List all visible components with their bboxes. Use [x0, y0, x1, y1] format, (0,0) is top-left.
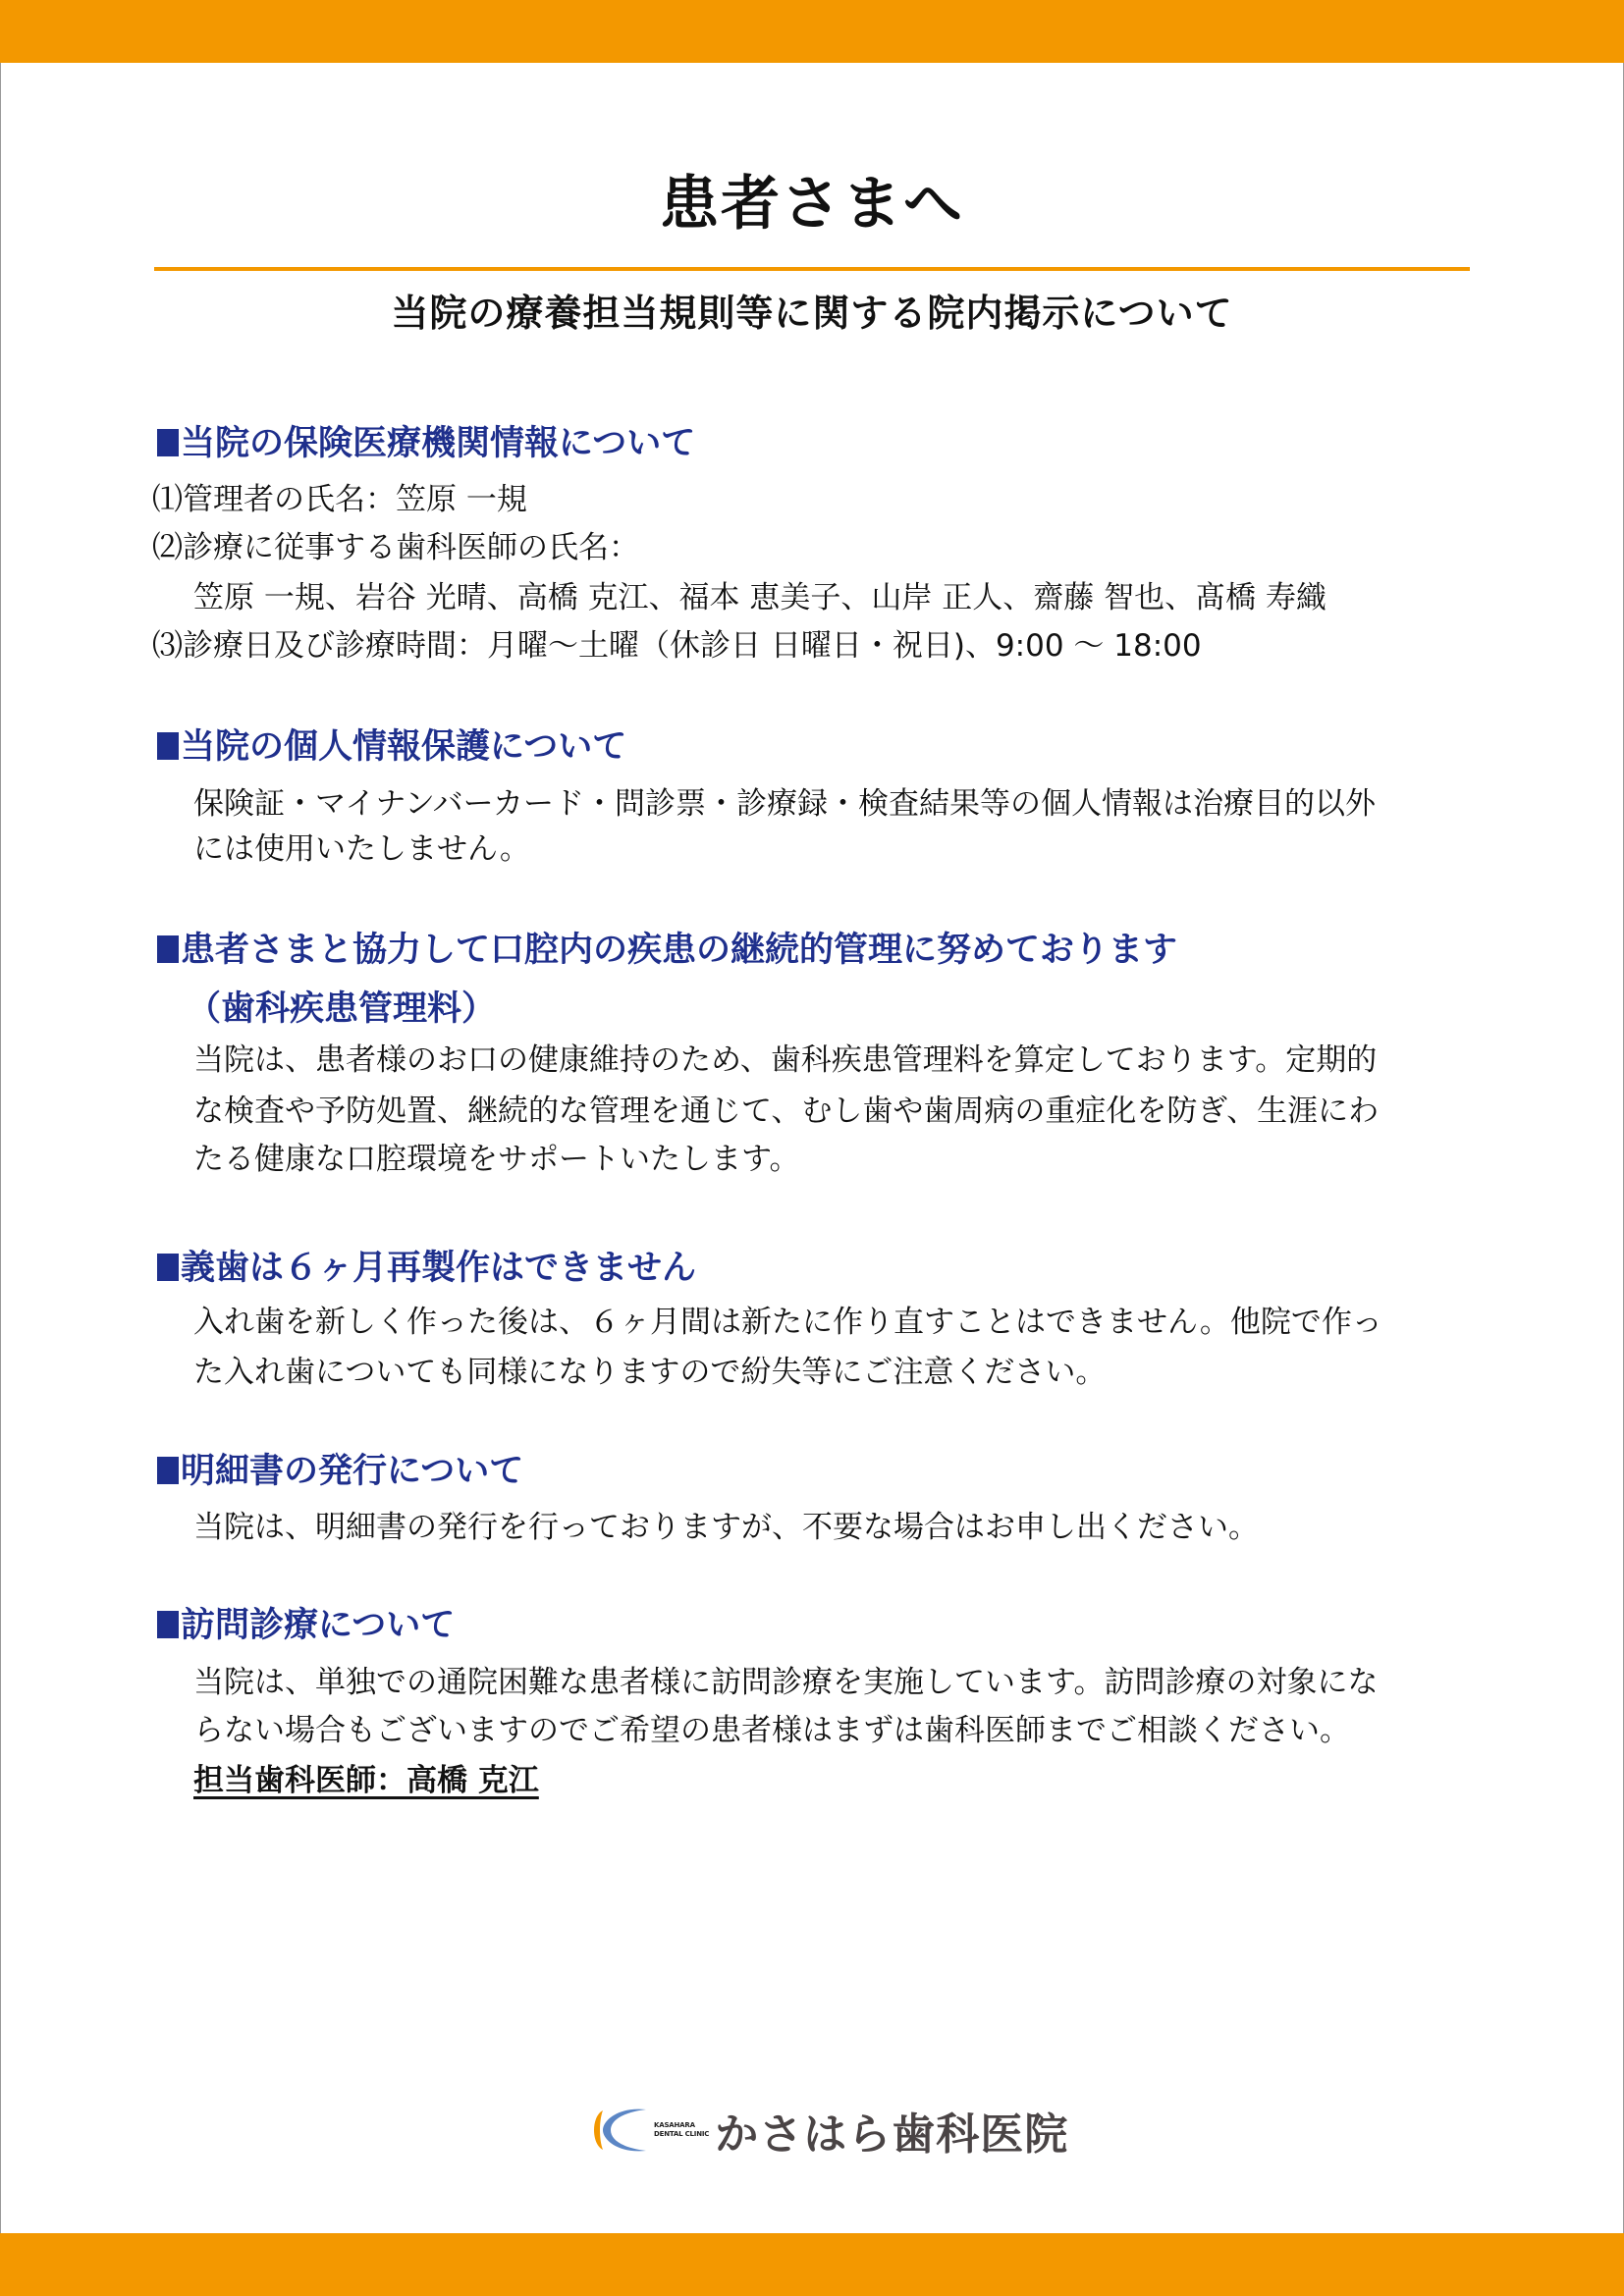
heading-text: 当院の保険医療機関情報について [181, 424, 695, 463]
logo-english-name: KASAHARA DENTAL CLINIC [654, 2121, 709, 2139]
section-heading-privacy: 当院の個人情報保護について [157, 725, 626, 769]
privacy-text-line-2: には使用いたしません。 [193, 829, 530, 869]
dentures-line-1: 入れ歯を新しく作った後は、６ヶ月間は新たに作り直すことはできません。他院で作っ [193, 1303, 1382, 1342]
section-heading-home-visits: 訪問診療について [157, 1604, 455, 1647]
home-visits-line-1: 当院は、単独での通院困難な患者様に訪問診療を実施しています。訪問診療の対象にな [193, 1663, 1379, 1702]
dentures-line-2: た入れ歯についても同様になりますので紛失等にご注意ください。 [193, 1353, 1106, 1392]
bottom-orange-band [0, 2233, 1624, 2296]
section-heading-oral-management: 患者さまと協力して口腔内の疾患の継続的管理に努めております [157, 929, 1177, 972]
heading-text: 訪問診療について [181, 1606, 455, 1645]
heading-text: 義歯は６ヶ月再製作はできません [181, 1249, 696, 1288]
clinic-logo: KASAHARA DENTAL CLINIC かさはら歯科医院 [589, 2101, 1068, 2160]
home-visits-line-2: らない場合もございますのでご希望の患者様はまずは歯科医師までご相談ください。 [193, 1711, 1350, 1750]
heading-text: 明細書の発行について [181, 1452, 523, 1491]
manager-name-line: ⑴管理者の氏名：笠原 一規 [152, 480, 527, 519]
dentists-names-line: 笠原 一規、岩谷 光晴、高橋 克江、福本 恵美子、山岸 正人、齋藤 智也、髙橋 … [193, 578, 1326, 617]
oral-management-line-2: な検査や予防処置、継続的な管理を通じて、むし歯や歯周病の重症化を防ぎ、生涯にわ [193, 1092, 1379, 1131]
attending-dentist-note: 担当歯科医師：高橋 克江 [193, 1761, 539, 1800]
logo-en-line-1: KASAHARA [654, 2121, 709, 2130]
square-bullet-icon [157, 732, 179, 760]
receipts-line-1: 当院は、明細書の発行を行っておりますが、不要な場合はお申し出ください。 [193, 1508, 1259, 1547]
section-heading-dentures: 義歯は６ヶ月再製作はできません [157, 1247, 696, 1290]
heading-text: 患者さまと協力して口腔内の疾患の継続的管理に努めております [181, 931, 1177, 970]
logo-en-line-2: DENTAL CLINIC [654, 2130, 709, 2139]
page-title: 患者さまへ [0, 165, 1624, 243]
title-divider [154, 267, 1470, 271]
section-heading-oral-management-sub: （歯科疾患管理料） [187, 988, 496, 1031]
section-heading-receipts: 明細書の発行について [157, 1450, 523, 1493]
hours-line: ⑶診療日及び診療時間：月曜～土曜（休診日 日曜日・祝日)、9:00 ～ 18:0… [152, 626, 1202, 666]
square-bullet-icon [157, 429, 179, 456]
square-bullet-icon [157, 1611, 179, 1638]
oral-management-line-1: 当院は、患者様のお口の健康維持のため、歯科疾患管理料を算定しております。定期的 [193, 1041, 1377, 1080]
page-subtitle: 当院の療養担当規則等に関する院内掲示について [0, 291, 1624, 336]
square-bullet-icon [157, 1457, 179, 1484]
heading-text: 当院の個人情報保護について [181, 727, 626, 767]
square-bullet-icon [157, 1254, 179, 1281]
logo-crescent-icon [589, 2107, 648, 2154]
top-orange-band [0, 0, 1624, 63]
square-bullet-icon [157, 935, 179, 963]
privacy-text-line-1: 保険証・マイナンバーカード・問診票・診療録・検査結果等の個人情報は治療目的以外 [193, 784, 1376, 824]
oral-management-line-3: たる健康な口腔環境をサポートいたします。 [193, 1140, 800, 1179]
logo-japanese-name: かさはら歯科医院 [715, 2099, 1068, 2162]
dentists-label-line: ⑵診療に従事する歯科医師の氏名： [152, 528, 639, 567]
section-heading-insurance-info: 当院の保険医療機関情報について [157, 422, 695, 465]
